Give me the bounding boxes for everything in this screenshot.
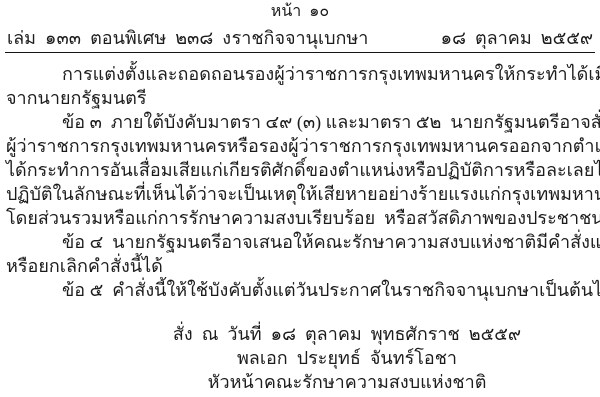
body-line: ข้อ ๓ ภายใต้บังคับมาตรา ๔๙ (๓) และมาตรา … (0, 110, 600, 134)
body-line: การแต่งตั้งและถอดถอนรองผู้ว่าราชการกรุงเ… (0, 62, 600, 86)
body-line: ปฏิบัติในลักษณะที่เห็นได้ว่าจะเป็นเหตุให… (0, 182, 600, 206)
gazette-header-row: เล่ม ๑๓๓ ตอนพิเศษ ๒๓๘ ง ราชกิจจานุเบกษา … (0, 26, 600, 50)
page-number: หน้า ๑๐ (0, 2, 600, 22)
body-line: โดยส่วนรวมหรือแก่การรักษาความสงบเรียบร้อ… (0, 206, 600, 230)
body-line: ข้อ ๔ นายกรัฐมนตรีอาจเสนอให้คณะรักษาความ… (0, 230, 600, 254)
gazette-page: หน้า ๑๐ เล่ม ๑๓๓ ตอนพิเศษ ๒๓๘ ง ราชกิจจา… (0, 0, 600, 397)
signature-block: สั่ง ณ วันที่ ๑๘ ตุลาคม พุทธศักราช ๒๕๕๙ … (47, 322, 600, 394)
body-line: จากนายกรัฐมนตรี (0, 86, 600, 110)
header-divider (5, 52, 595, 53)
body-line: ข้อ ๕ คำสั่งนี้ให้ใช้บังคับตั้งแต่วันประ… (0, 278, 600, 302)
signature-signer-name: พลเอก ประยุทธ์ จันทร์โอชา (47, 346, 600, 370)
document-body: การแต่งตั้งและถอดถอนรองผู้ว่าราชการกรุงเ… (0, 62, 600, 302)
signature-issued-line: สั่ง ณ วันที่ ๑๘ ตุลาคม พุทธศักราช ๒๕๕๙ (47, 322, 600, 346)
signature-signer-title: หัวหน้าคณะรักษาความสงบแห่งชาติ (47, 370, 600, 394)
body-line: ได้กระทำการอันเสื่อมเสียแก่เกียรติศักดิ์… (0, 158, 600, 182)
body-line: หรือยกเลิกคำสั่งนี้ได้ (0, 254, 600, 278)
gazette-date: ๑๘ ตุลาคม ๒๕๕๙ (441, 26, 593, 50)
body-line: ผู้ว่าราชการกรุงเทพมหานครหรือรองผู้ว่ารา… (0, 134, 600, 158)
